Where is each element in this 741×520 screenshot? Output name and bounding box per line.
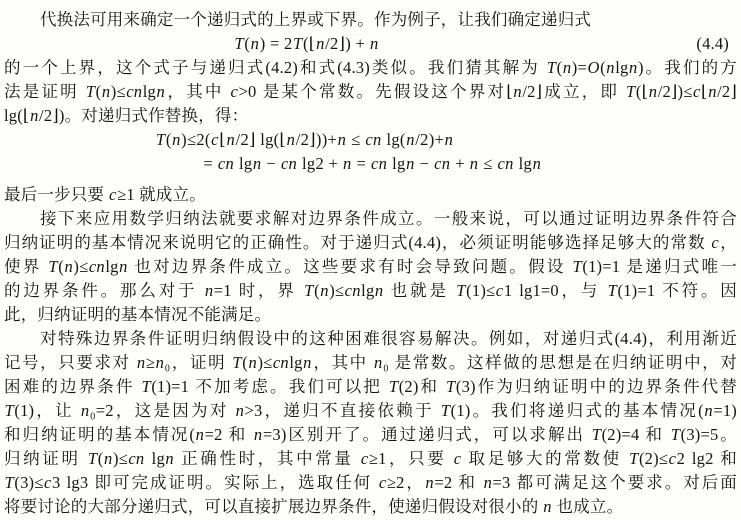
paragraph-line: 代换法可用来确定一个递归式的上界或下界。作为例子，让我们确定递归式	[4, 8, 737, 32]
paragraph-line: 此，归纳证明的基本情况不能满足。	[4, 303, 737, 327]
paragraph-line: 对特殊边界条件证明归纳假设中的这种困难很容易解决。例如，对递归式(4.4)，利用…	[4, 327, 737, 351]
paragraph-line: 的一个上界，这个式子与递归式(4.2)和式(4.3)类似。我们猜其解为 T(n)…	[4, 56, 737, 80]
paragraph-line: T(1)，让 n₀=2，这是因为对 n>3，递归不直接依赖于 T(1)。我们将递…	[4, 399, 737, 423]
derivation-formula-block: T(n)≤2(c⌊n/2⌋ lg(⌊n/2⌋))+n ≤ cn lg(n/2)+…	[4, 128, 737, 183]
paragraph-line: 的边界条件。那么对于 n=1 时，界 T(n)≤cnlgn 也就是 T(1)≤c…	[4, 279, 737, 303]
paragraph-line: 最后一步只要 c≥1 就成立。	[4, 183, 737, 207]
paragraph-line: T(3)≤c3 lg3 即可完成证明。实际上，选取任何 c≥2，n=2 和 n=…	[4, 471, 737, 495]
formula-line-2: = cn lgn − cn lg2 + n = cn lgn − cn + n …	[155, 152, 541, 176]
formula-line-1: T(n)≤2(c⌊n/2⌋ lg(⌊n/2⌋))+n ≤ cn lg(n/2)+…	[155, 128, 541, 152]
paragraph-line: 归纳证明的基本情况来说明它的正确性。对于递归式(4.4)，必须证明能够选择足够大…	[4, 231, 737, 255]
equation-number: (4.4)	[696, 32, 729, 56]
formula-text: T(n) = 2T(⌊n/2⌋) + n	[234, 34, 379, 53]
paragraph-line: 记号，只要求对 n≥n₀，证明 T(n)≤cnlgn，其中 n₀ 是常数。这样做…	[4, 351, 737, 375]
paragraph-line: 和归纳证明的基本情况(n=2 和 n=3)区别开了。通过递归式，可以求解出 T(…	[4, 423, 737, 447]
page: 代换法可用来确定一个递归式的上界或下界。作为例子，让我们确定递归式 T(n) =…	[0, 0, 741, 520]
paragraph-line: 困难的边界条件 T(1)=1 不加考虑。我们可以把 T(2)和 T(3)作为归纳…	[4, 375, 737, 399]
paragraph-line: 使界 T(n)≤cnlgn 也对边界条件成立。这些要求有时会导致问题。假设 T(…	[4, 255, 737, 279]
paragraph-line: 将要讨论的大部分递归式，可以直接扩展边界条件，使递归假设对很小的 n 也成立。	[4, 495, 737, 519]
paragraph-line: 法是证明 T(n)≤cnlgn，其中 c>0 是某个常数。先假设这个界对⌊n/2…	[4, 80, 737, 104]
derivation-inner: T(n)≤2(c⌊n/2⌋ lg(⌊n/2⌋))+n ≤ cn lg(n/2)+…	[155, 128, 541, 176]
paragraph-line: 接下来应用数学归纳法就要求解对边界条件成立。一般来说，可以通过证明边界条件符合	[4, 207, 737, 231]
paragraph-line: 归纳证明 T(n)≤cn lgn 正确性时，其中常量 c≥1，只要 c 取足够大…	[4, 447, 737, 471]
display-formula-4-4: T(n) = 2T(⌊n/2⌋) + n (4.4)	[4, 32, 737, 56]
paragraph-line: lg(⌊n/2⌋)。对递归式作替换，得：	[4, 104, 737, 128]
